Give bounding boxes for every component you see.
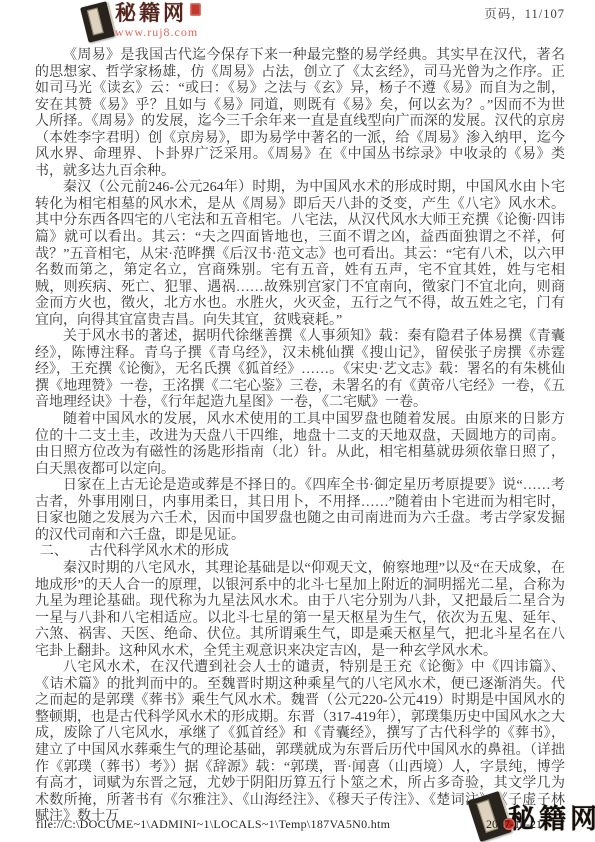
paragraph: 秦汉时期的八宅风水，其理论基础是以“仰观天文，俯察地理”以及“在天成象，在地成形… xyxy=(35,561,565,660)
paragraph: 随着中国风水的发展，风水术使用的工具中国罗盘也随着发展。由原来的日影方位的十二支… xyxy=(35,412,565,478)
paragraph: 日家在上古无论是造或葬是不择日的。《四库全书·御定星历考原提要》说“……考古者，… xyxy=(35,478,565,544)
site-url[interactable]: www.ruj8.com xyxy=(115,25,201,40)
section-heading: 二、 古代科学风水术的形成 xyxy=(35,544,565,561)
site-name: 秘籍网 xyxy=(115,2,187,24)
document-page: 秘籍网 www.ruj8.com 页码，11/107 《周易》是我国古代迄今保存… xyxy=(0,0,595,842)
document-body: 《周易》是我国古代迄今保存下来一种最完整的易学经典。其实早在汉代，著名的思想家、… xyxy=(35,48,565,826)
print-date: 2007-10-21 xyxy=(486,817,542,832)
paragraph: 《周易》是我国古代迄今保存下来一种最完整的易学经典。其实早在汉代，著名的思想家、… xyxy=(35,48,565,180)
seal-icon xyxy=(190,3,201,16)
page-number: 页码，11/107 xyxy=(484,4,565,22)
book-icon xyxy=(80,1,115,42)
file-url: file://C:\DOCUME~1\ADMINI~1\LOCALS~1\Tem… xyxy=(36,817,390,832)
logo-text-block: 秘籍网 www.ruj8.com xyxy=(115,2,201,40)
paragraph: 关于风水书的著述，据明代徐继善撰《人事须知》载：秦有隐君子体易撰《青囊经》，陈博… xyxy=(35,329,565,412)
paragraph: 秦汉（公元前246-公元264年）时期，为中国风水术的形成时期，中国风水由卜宅转… xyxy=(35,180,565,329)
site-logo[interactable]: 秘籍网 www.ruj8.com xyxy=(84,2,201,40)
